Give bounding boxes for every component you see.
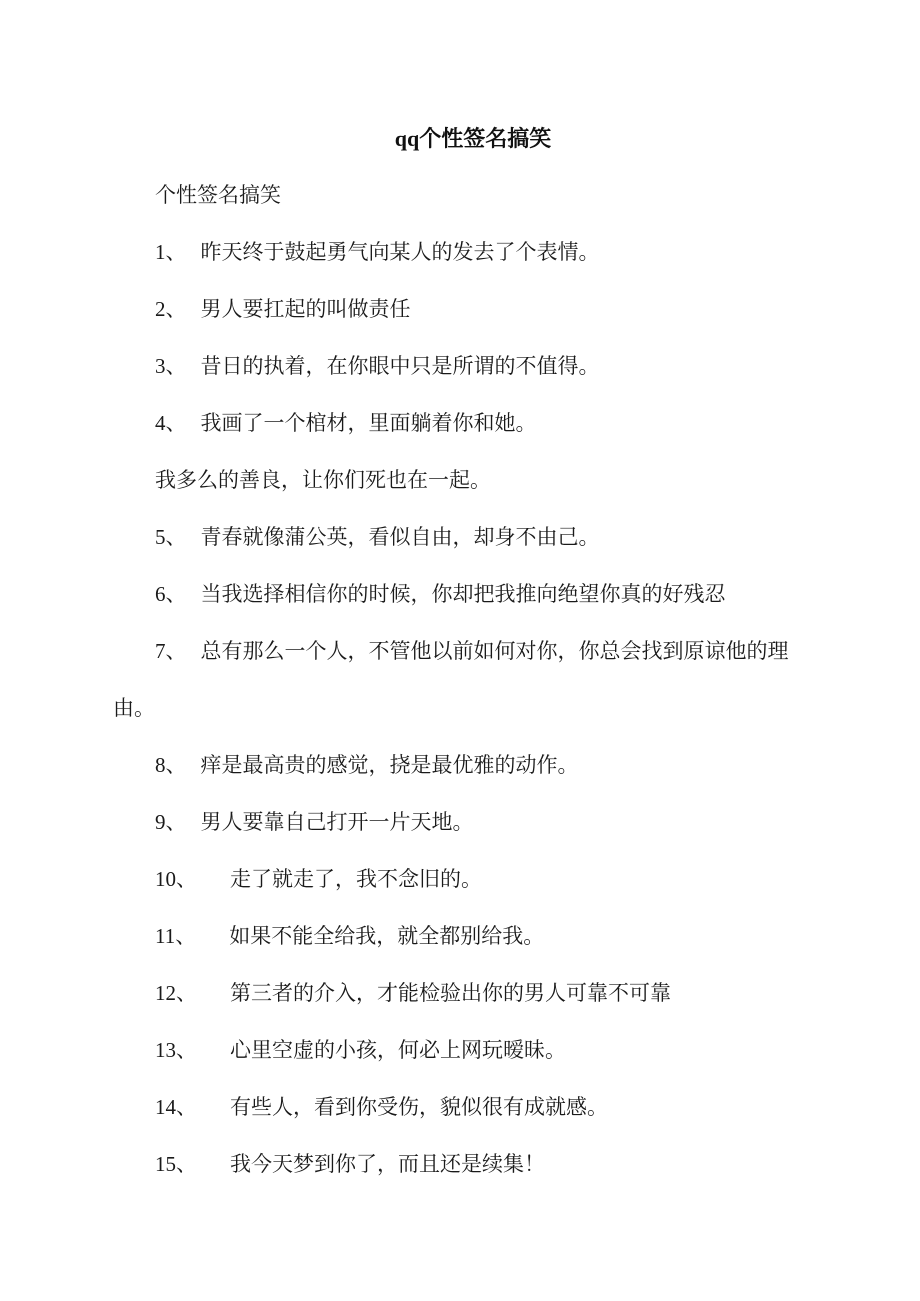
item-number: 10、 bbox=[155, 867, 197, 891]
list-item: 5、青春就像蒲公英，看似自由，却身不由己。 bbox=[113, 509, 833, 566]
item-text: 如果不能全给我，就全都别给我。 bbox=[229, 924, 544, 948]
item-number: 5、 bbox=[155, 525, 187, 549]
item-number: 7、 bbox=[155, 639, 187, 663]
item-number: 13、 bbox=[155, 1038, 197, 1062]
list-item: 7、总有那么一个人，不管他以前如何对你，你总会找到原谅他的理 bbox=[113, 623, 833, 680]
list-item: 2、男人要扛起的叫做责任 bbox=[113, 281, 833, 338]
item-number: 12、 bbox=[155, 981, 197, 1005]
item-text: 我多么的善良，让你们死也在一起。 bbox=[155, 468, 491, 492]
item-text: 昔日的执着，在你眼中只是所谓的不值得。 bbox=[201, 354, 600, 378]
list-item: 8、痒是最高贵的感觉，挠是最优雅的动作。 bbox=[113, 737, 833, 794]
item-text: 走了就走了，我不念旧的。 bbox=[230, 867, 482, 891]
item-number: 14、 bbox=[155, 1095, 197, 1119]
item-7-wrap-line: 由。 bbox=[113, 680, 833, 737]
item-number: 8、 bbox=[155, 753, 187, 777]
item-text: 昨天终于鼓起勇气向某人的发去了个表情。 bbox=[201, 240, 600, 264]
item-number: 1、 bbox=[155, 240, 187, 264]
item-text: 男人要靠自己打开一片天地。 bbox=[201, 810, 474, 834]
item-text: 当我选择相信你的时候，你却把我推向绝望你真的好残忍 bbox=[201, 582, 726, 606]
item-text: 总有那么一个人，不管他以前如何对你，你总会找到原谅他的理 bbox=[201, 639, 789, 663]
item-text: 男人要扛起的叫做责任 bbox=[201, 297, 411, 321]
item-text: 心里空虚的小孩，何必上网玩暧昧。 bbox=[230, 1038, 566, 1062]
list-item: 11、如果不能全给我，就全都别给我。 bbox=[113, 908, 833, 965]
item-number: 6、 bbox=[155, 582, 187, 606]
list-item: 14、有些人，看到你受伤，貌似很有成就感。 bbox=[113, 1079, 833, 1136]
intro-heading: 个性签名搞笑 bbox=[113, 167, 833, 224]
item-number: 4、 bbox=[155, 411, 187, 435]
item-number: 11、 bbox=[155, 924, 196, 948]
item-text: 第三者的介入，才能检验出你的男人可靠不可靠 bbox=[230, 981, 671, 1005]
list-item: 13、心里空虚的小孩，何必上网玩暧昧。 bbox=[113, 1022, 833, 1079]
list-item: 10、走了就走了，我不念旧的。 bbox=[113, 851, 833, 908]
item-number: 2、 bbox=[155, 297, 187, 321]
list-item: 12、第三者的介入，才能检验出你的男人可靠不可靠 bbox=[113, 965, 833, 1022]
item-text: 我画了一个棺材，里面躺着你和她。 bbox=[201, 411, 537, 435]
item-text: 有些人，看到你受伤，貌似很有成就感。 bbox=[230, 1095, 608, 1119]
item-number: 9、 bbox=[155, 810, 187, 834]
item-number: 3、 bbox=[155, 354, 187, 378]
item-text: 痒是最高贵的感觉，挠是最优雅的动作。 bbox=[201, 753, 579, 777]
list-item: 3、昔日的执着，在你眼中只是所谓的不值得。 bbox=[113, 338, 833, 395]
list-item: 6、当我选择相信你的时候，你却把我推向绝望你真的好残忍 bbox=[113, 566, 833, 623]
item-number: 15、 bbox=[155, 1152, 197, 1176]
list-item: 9、男人要靠自己打开一片天地。 bbox=[113, 794, 833, 851]
document-title: qq个性签名搞笑 bbox=[113, 110, 833, 167]
item-text: 青春就像蒲公英，看似自由，却身不由己。 bbox=[201, 525, 600, 549]
list-item: 4、我画了一个棺材，里面躺着你和她。 bbox=[113, 395, 833, 452]
item-text: 由。 bbox=[113, 696, 155, 720]
list-item: 15、我今天梦到你了，而且还是续集！ bbox=[113, 1136, 833, 1193]
item-4-continuation: 我多么的善良，让你们死也在一起。 bbox=[113, 452, 833, 509]
item-text: 我今天梦到你了，而且还是续集！ bbox=[230, 1152, 545, 1176]
document-page: qq个性签名搞笑 个性签名搞笑 1、昨天终于鼓起勇气向某人的发去了个表情。 2、… bbox=[0, 0, 920, 1301]
list-item: 1、昨天终于鼓起勇气向某人的发去了个表情。 bbox=[113, 224, 833, 281]
